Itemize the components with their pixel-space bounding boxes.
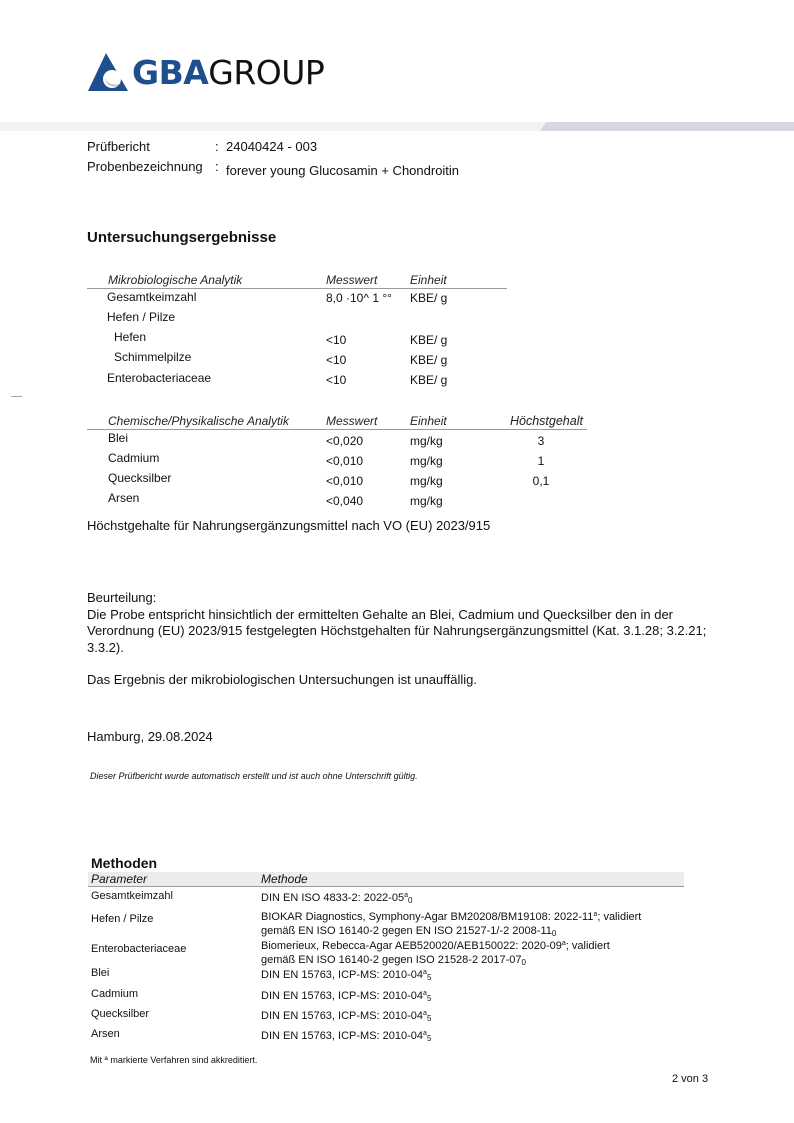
method-line-2: gemäß EN ISO 16140-2 gegen ISO 21528-2 2… bbox=[261, 954, 522, 966]
sample-colon: : bbox=[215, 159, 219, 174]
method-description: DIN EN ISO 4833-2: 2022-05a0 bbox=[261, 889, 691, 908]
chem-max: 0,1 bbox=[520, 474, 562, 488]
page-number: 2 von 3 bbox=[672, 1073, 708, 1085]
method-line-1: DIN EN 15763, ICP-MS: 2010-04 bbox=[261, 1030, 423, 1042]
micro-parameter: Schimmelpilze bbox=[114, 350, 191, 364]
micro-header-einheit: Einheit bbox=[410, 273, 447, 287]
micro-value: <10 bbox=[326, 333, 346, 347]
method-line-1: DIN EN 15763, ICP-MS: 2010-04 bbox=[261, 1010, 423, 1022]
chem-value: <0,040 bbox=[326, 494, 363, 508]
micro-value: 8,0 ·10^ 1 °° bbox=[326, 291, 392, 305]
chem-value: <0,010 bbox=[326, 454, 363, 468]
micro-parameter: Enterobacteriaceae bbox=[107, 371, 211, 385]
micro-unit: KBE/ g bbox=[410, 373, 447, 387]
method-index: 5 bbox=[427, 1014, 431, 1023]
accredited-note: Mit ª markierte Verfahren sind akkrediti… bbox=[90, 1055, 257, 1065]
micro-unit: KBE/ g bbox=[410, 291, 447, 305]
method-index: 5 bbox=[427, 994, 431, 1003]
assessment-text: Die Probe entspricht hinsichtlich der er… bbox=[87, 607, 727, 657]
logo-text-group: GROUP bbox=[208, 53, 324, 92]
method-line-1-tail: ; validiert bbox=[597, 911, 641, 923]
micro-header-analytik: Mikrobiologische Analytik bbox=[108, 273, 242, 287]
chem-header-messwert: Messwert bbox=[326, 414, 377, 428]
method-parameter: Enterobacteriaceae bbox=[91, 943, 186, 955]
place-date: Hamburg, 29.08.2024 bbox=[87, 729, 213, 744]
report-colon: : bbox=[215, 139, 219, 154]
method-parameter: Arsen bbox=[91, 1028, 120, 1040]
method-parameter: Gesamtkeimzahl bbox=[91, 890, 173, 902]
chem-unit: mg/kg bbox=[410, 434, 443, 448]
method-parameter: Blei bbox=[91, 967, 109, 979]
header-band-light bbox=[0, 122, 545, 131]
methods-heading: Methoden bbox=[91, 855, 157, 871]
results-heading: Untersuchungsergebnisse bbox=[87, 229, 276, 246]
chem-unit: mg/kg bbox=[410, 454, 443, 468]
method-parameter: Quecksilber bbox=[91, 1008, 149, 1020]
chem-unit: mg/kg bbox=[410, 494, 443, 508]
assessment-label: Beurteilung: bbox=[87, 590, 727, 607]
gba-group-logo: GBAGROUP bbox=[88, 52, 324, 92]
chem-header-analytik: Chemische/Physikalische Analytik bbox=[108, 414, 289, 428]
assessment-micro-text: Das Ergebnis der mikrobiologischen Unter… bbox=[87, 672, 727, 689]
method-description: DIN EN 15763, ICP-MS: 2010-04a5 bbox=[261, 966, 691, 985]
disclaimer: Dieser Prüfbericht wurde automatisch ers… bbox=[90, 771, 418, 781]
method-line-1: Biomerieux, Rebecca-Agar AEB520020/AEB15… bbox=[261, 940, 562, 952]
method-index: 0 bbox=[408, 896, 412, 905]
micro-unit: KBE/ g bbox=[410, 353, 447, 367]
chem-parameter: Cadmium bbox=[108, 451, 159, 465]
method-line-1-tail: ; validiert bbox=[566, 940, 610, 952]
gba-triangle-icon bbox=[88, 53, 128, 91]
method-line-1: DIN EN ISO 4833-2: 2022-05 bbox=[261, 892, 404, 904]
logo-text-gba: GBA bbox=[132, 53, 208, 92]
report-number: 24040424 - 003 bbox=[226, 139, 317, 154]
method-description: DIN EN 15763, ICP-MS: 2010-04a5 bbox=[261, 1027, 691, 1046]
method-parameter: Hefen / Pilze bbox=[91, 913, 153, 925]
chem-header-hoechstgehalt: Höchstgehalt bbox=[510, 414, 583, 428]
method-description: DIN EN 15763, ICP-MS: 2010-04a5 bbox=[261, 1007, 691, 1026]
chem-value: <0,020 bbox=[326, 434, 363, 448]
chem-parameter: Blei bbox=[108, 431, 128, 445]
header-band-accent bbox=[540, 122, 794, 131]
chem-max: 3 bbox=[520, 434, 562, 448]
method-line-2: gemäß EN ISO 16140-2 gegen EN ISO 21527-… bbox=[261, 925, 552, 937]
micro-header-messwert: Messwert bbox=[326, 273, 377, 287]
chem-max: 1 bbox=[520, 454, 562, 468]
chem-unit: mg/kg bbox=[410, 474, 443, 488]
sample-name: forever young Glucosamin + Chondroitin bbox=[226, 163, 459, 178]
chem-parameter: Arsen bbox=[108, 491, 139, 505]
methods-header-parameter: Parameter bbox=[91, 872, 147, 886]
micro-header-rule bbox=[87, 288, 507, 289]
micro-parameter: Hefen bbox=[114, 330, 146, 344]
margin-mark bbox=[11, 396, 22, 397]
micro-parameter: Hefen / Pilze bbox=[107, 310, 175, 324]
report-label: Prüfbericht bbox=[87, 139, 150, 154]
methods-header-methode: Methode bbox=[261, 872, 308, 886]
method-description: DIN EN 15763, ICP-MS: 2010-04a5 bbox=[261, 987, 691, 1006]
methods-header-row bbox=[88, 872, 684, 887]
chem-header-rule bbox=[87, 429, 587, 430]
method-line-1: DIN EN 15763, ICP-MS: 2010-04 bbox=[261, 990, 423, 1002]
method-line-1: BIOKAR Diagnostics, Symphony-Agar BM2020… bbox=[261, 911, 593, 923]
assessment: Beurteilung: Die Probe entspricht hinsic… bbox=[87, 590, 727, 689]
method-index: 5 bbox=[427, 1034, 431, 1043]
chem-header-einheit: Einheit bbox=[410, 414, 447, 428]
method-index: 5 bbox=[427, 973, 431, 982]
micro-parameter: Gesamtkeimzahl bbox=[107, 290, 196, 304]
sample-label: Probenbezeichnung bbox=[87, 159, 203, 174]
chem-parameter: Quecksilber bbox=[108, 471, 171, 485]
limits-note: Höchstgehalte für Nahrungsergänzungsmitt… bbox=[87, 518, 490, 533]
micro-unit: KBE/ g bbox=[410, 333, 447, 347]
micro-value: <10 bbox=[326, 353, 346, 367]
chem-value: <0,010 bbox=[326, 474, 363, 488]
method-line-1: DIN EN 15763, ICP-MS: 2010-04 bbox=[261, 969, 423, 981]
micro-value: <10 bbox=[326, 373, 346, 387]
method-parameter: Cadmium bbox=[91, 988, 138, 1000]
